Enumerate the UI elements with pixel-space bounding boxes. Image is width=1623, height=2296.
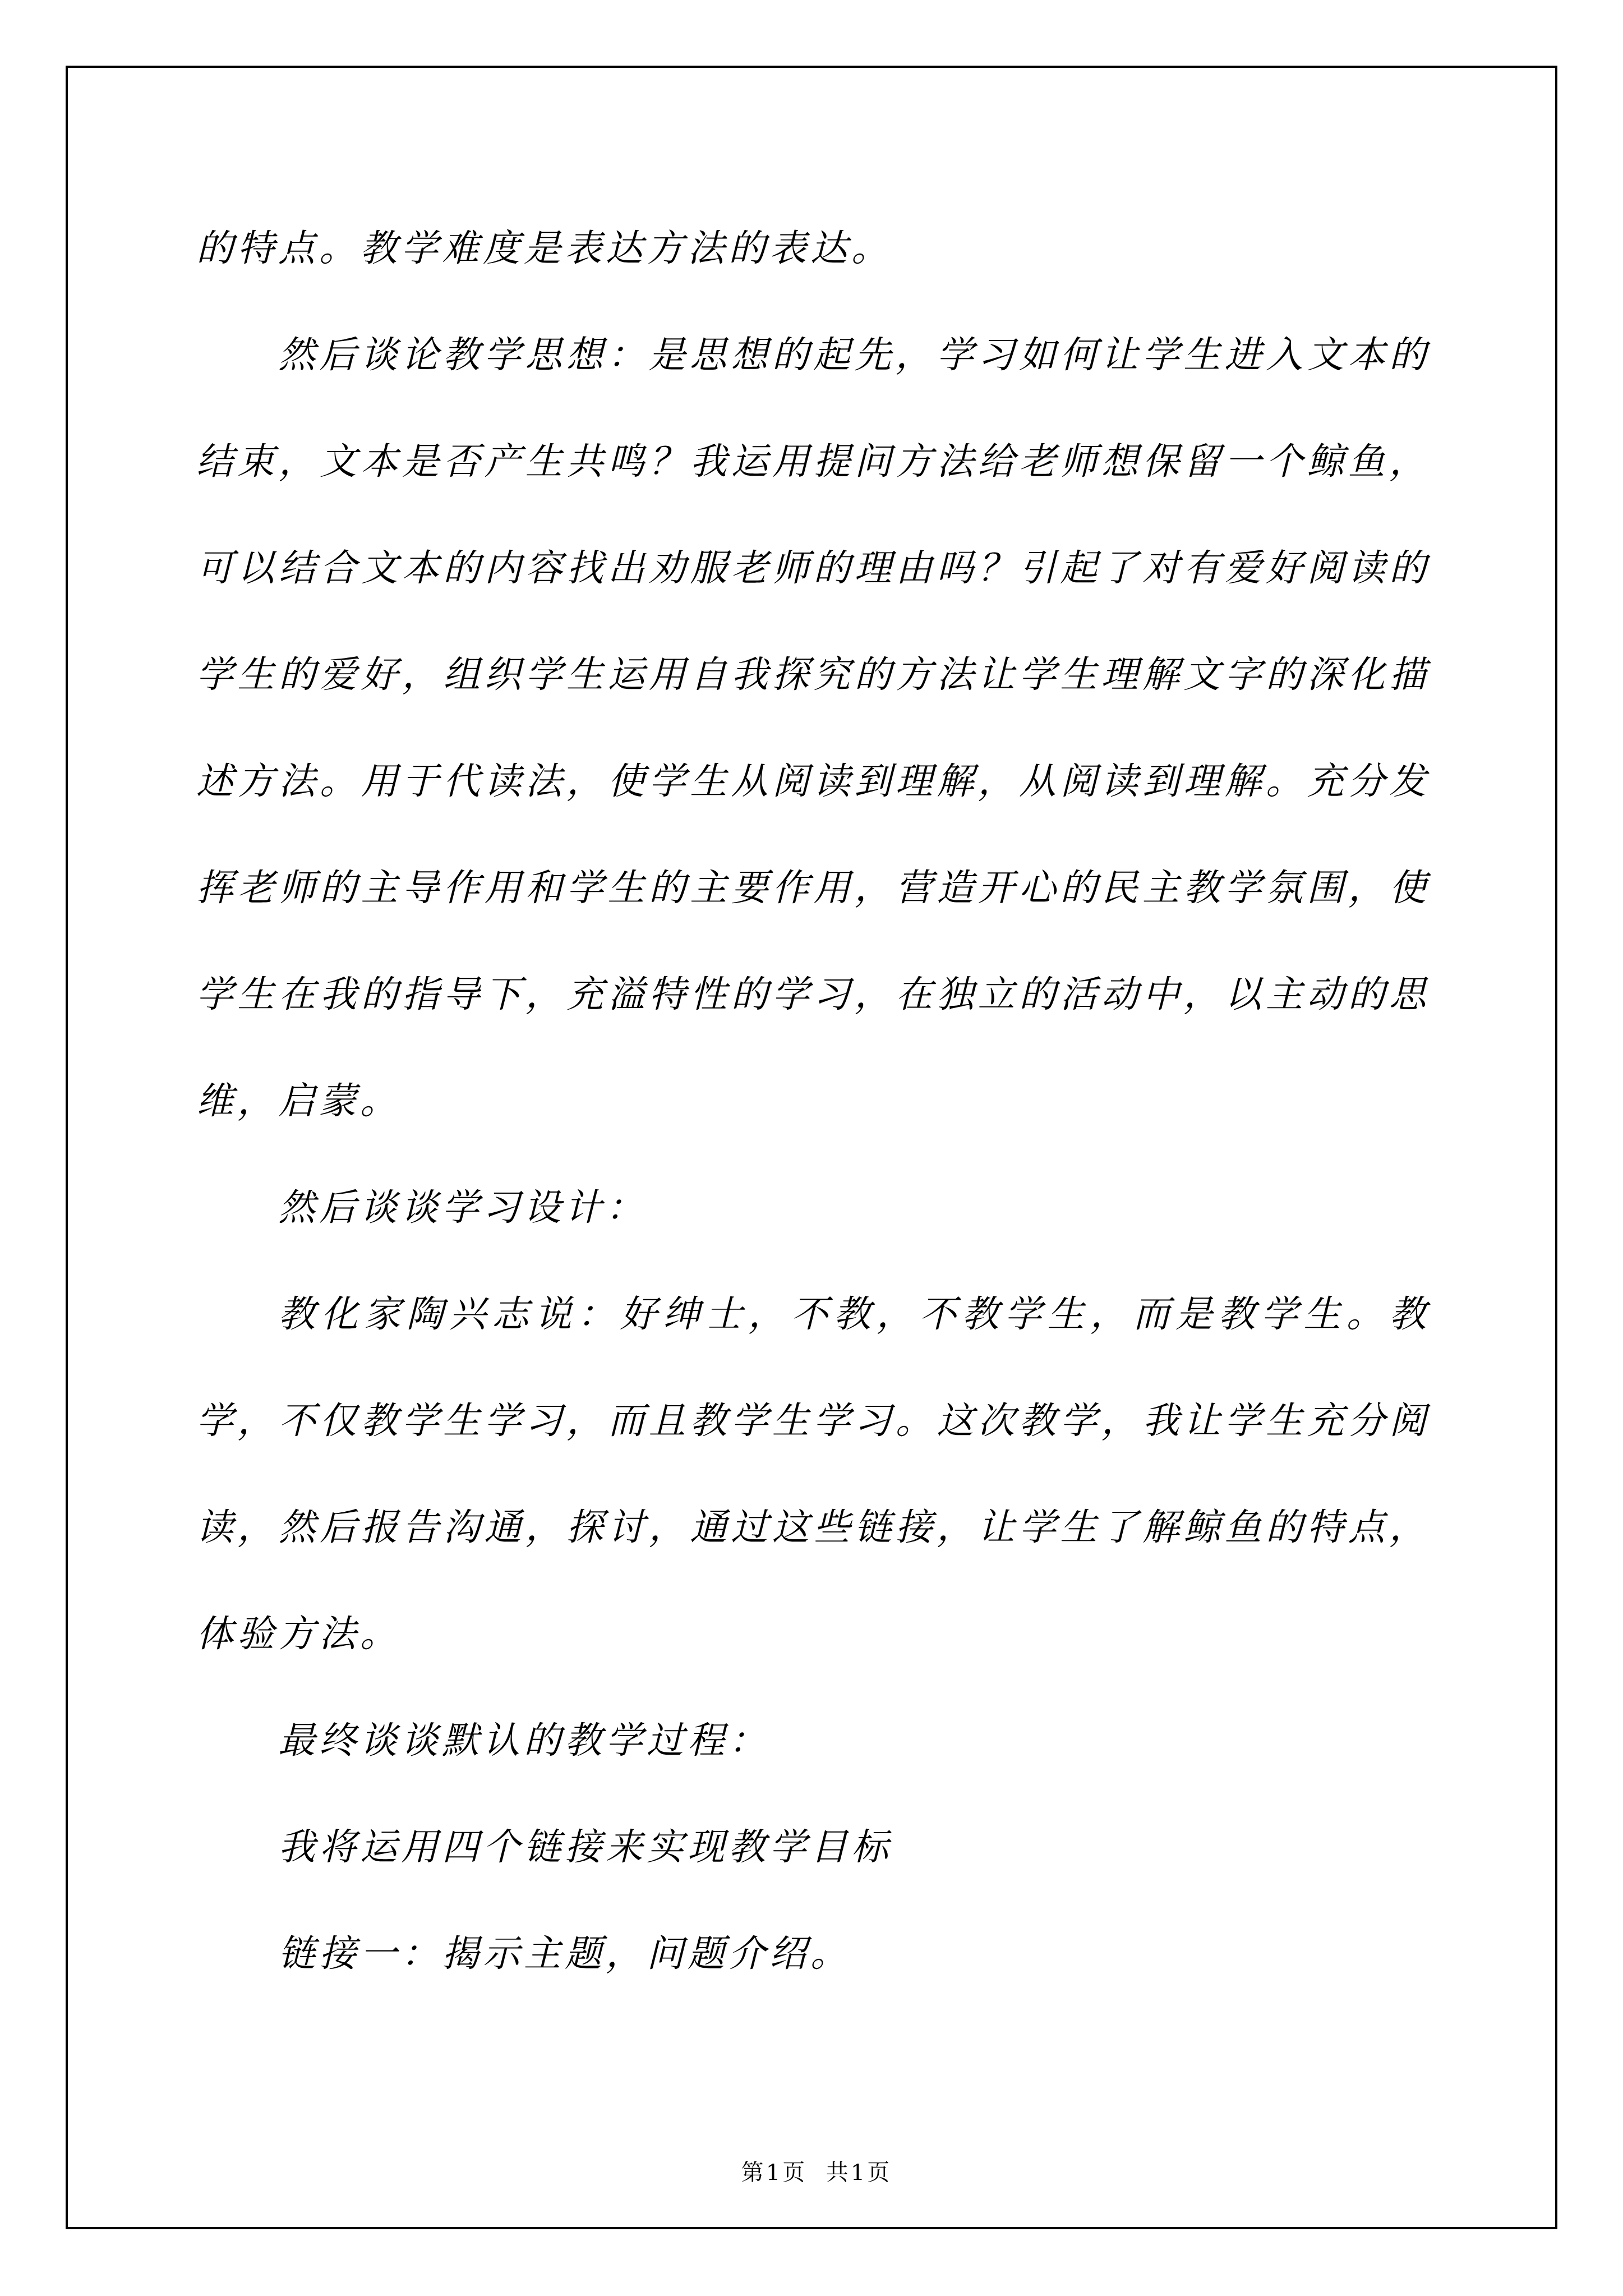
paragraph: 然后谈谈学习设计： [196,1154,1430,1261]
paragraph: 最终谈谈默认的教学过程： [196,1687,1430,1794]
paragraph: 链接一：揭示主题，问题介绍。 [196,1901,1430,2007]
paragraph: 然后谈论教学思想：是思想的起先，学习如何让学生进入文本的结束，文本是否产生共鸣？… [196,302,1430,1154]
page-number-label: 第1页 共1页 [741,2160,892,2185]
document-body: 的特点。教学难度是表达方法的表达。 然后谈论教学思想：是思想的起先，学习如何让学… [196,195,1430,2007]
page-footer: 第1页 共1页 [704,2122,892,2223]
document-page: 的特点。教学难度是表达方法的表达。 然后谈论教学思想：是思想的起先，学习如何让学… [0,0,1623,2296]
paragraph: 我将运用四个链接来实现教学目标 [196,1794,1430,1901]
paragraph: 教化家陶兴志说：好绅士，不教，不教学生，而是教学生。教学，不仅教学生学习，而且教… [196,1261,1430,1687]
paragraph: 的特点。教学难度是表达方法的表达。 [196,195,1430,302]
